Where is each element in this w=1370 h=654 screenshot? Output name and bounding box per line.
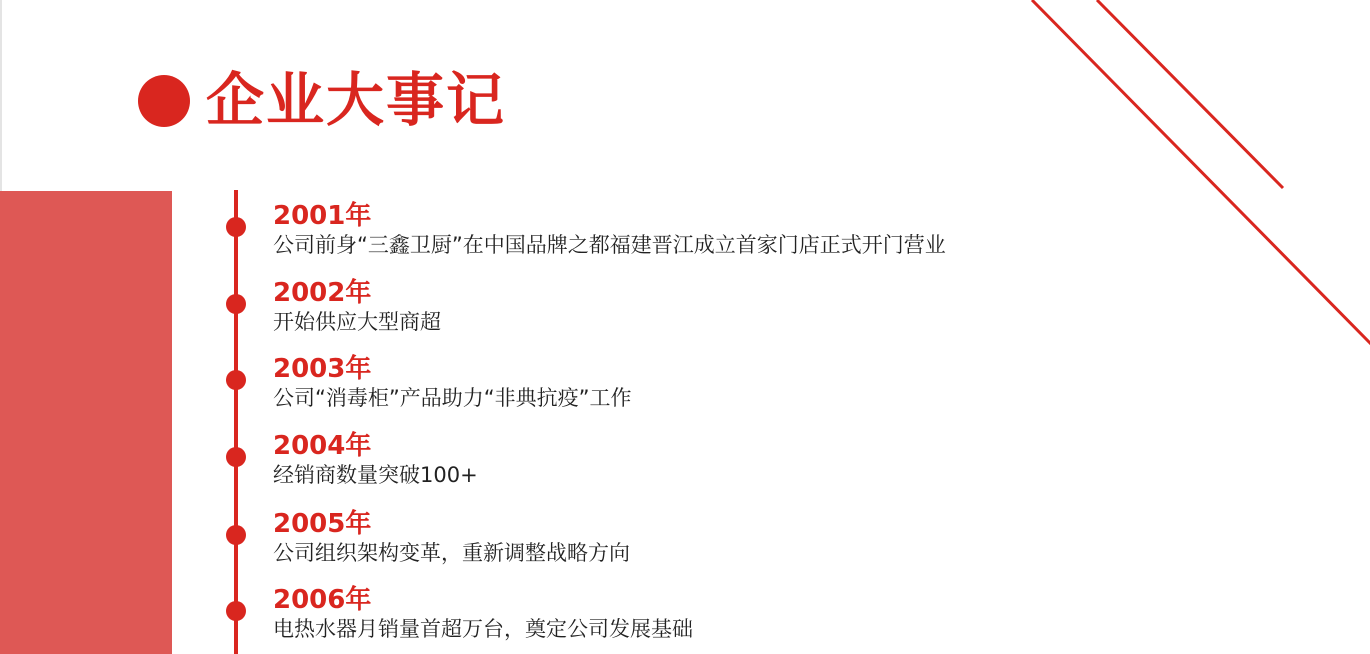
timeline-event: 2001年 公司前身“三鑫卫厨”在中国品牌之都福建晋江成立首家门店正式开门营业	[0, 200, 1100, 270]
timeline-dot-icon	[226, 217, 246, 237]
timeline-event: 2002年 开始供应大型商超	[0, 277, 1100, 347]
event-year: 2004年	[273, 430, 371, 462]
page-title: 企业大事记	[206, 62, 506, 138]
timeline-dot-icon	[226, 601, 246, 621]
event-description: 经销商数量突破100+	[273, 461, 478, 489]
event-description: 公司组织架构变革，重新调整战略方向	[273, 539, 630, 567]
timeline-dot-icon	[226, 525, 246, 545]
title-bullet-icon	[138, 75, 190, 127]
event-description: 公司前身“三鑫卫厨”在中国品牌之都福建晋江成立首家门店正式开门营业	[273, 231, 946, 259]
event-description: 开始供应大型商超	[273, 308, 441, 336]
timeline-event: 2003年 公司“消毒柜”产品助力“非典抗疫”工作	[0, 353, 1100, 423]
event-year: 2001年	[273, 200, 371, 232]
event-year: 2002年	[273, 277, 371, 309]
timeline-dot-icon	[226, 294, 246, 314]
event-description: 电热水器月销量首超万台，奠定公司发展基础	[273, 615, 693, 643]
event-year: 2005年	[273, 508, 371, 540]
timeline-dot-icon	[226, 370, 246, 390]
timeline-dot-icon	[226, 447, 246, 467]
timeline-event: 2005年 公司组织架构变革，重新调整战略方向	[0, 508, 1100, 578]
event-year: 2006年	[273, 584, 371, 616]
event-year: 2003年	[273, 353, 371, 385]
timeline-event: 2004年 经销商数量突破100+	[0, 430, 1100, 500]
event-description: 公司“消毒柜”产品助力“非典抗疫”工作	[273, 384, 632, 412]
timeline-event: 2006年 电热水器月销量首超万台，奠定公司发展基础	[0, 584, 1100, 654]
